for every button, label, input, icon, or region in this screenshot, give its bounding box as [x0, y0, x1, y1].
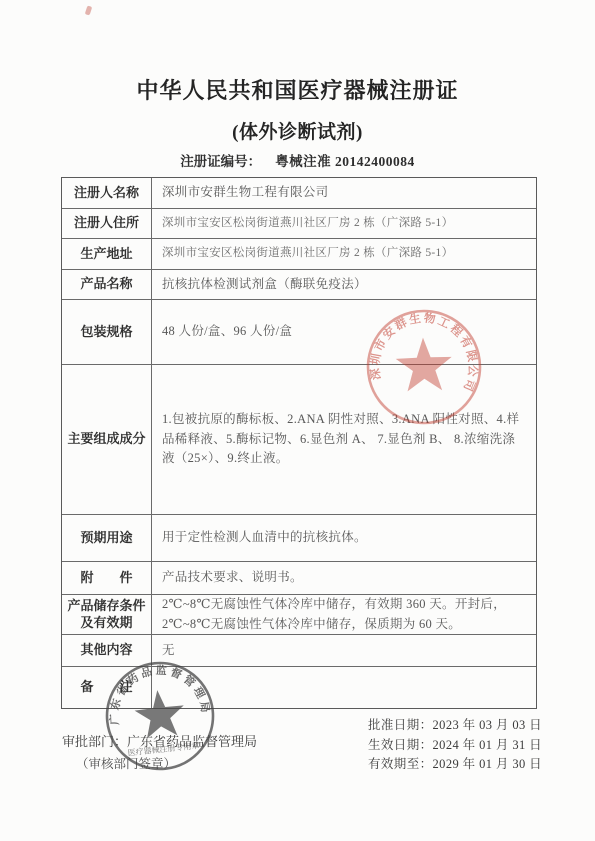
approval-department-block: 审批部门：广东省药品监督管理局 （审核部门签章） [62, 731, 257, 772]
effective-date-line: 生效日期：2024 年 01 月 31 日 [368, 736, 542, 756]
row-label: 备 注 [62, 667, 152, 708]
title-block: 中华人民共和国医疗器械注册证 (体外诊断试剂) [0, 74, 595, 144]
table-row: 主要组成成分 1.包被抗原的酶标板、2.ANA 阴性对照、3.ANA 阳性对照、… [62, 364, 536, 514]
row-value: 深圳市宝安区松岗街道燕川社区厂房 2 栋（广深路 5-1） [152, 239, 536, 269]
row-label: 包装规格 [62, 300, 152, 364]
row-value: 1.包被抗原的酶标板、2.ANA 阴性对照、3.ANA 阳性对照、4.样品稀释液… [152, 365, 536, 514]
table-row: 其他内容 无 [62, 634, 536, 666]
approval-department-label: 审批部门： [62, 734, 127, 749]
approval-date-line: 批准日期：2023 年 03 月 03 日 [368, 716, 542, 736]
registration-number-value: 粤械注准 20142400084 [275, 154, 415, 169]
row-label: 主要组成成分 [62, 365, 152, 514]
table-row: 注册人住所 深圳市宝安区松岗街道燕川社区厂房 2 栋（广深路 5-1） [62, 208, 536, 238]
row-label: 生产地址 [62, 239, 152, 269]
row-label: 附 件 [62, 562, 152, 594]
approval-date-label: 批准日期： [368, 718, 433, 732]
table-row: 附 件 产品技术要求、说明书。 [62, 561, 536, 594]
effective-date-label: 生效日期： [368, 738, 433, 752]
approval-department-line: 审批部门：广东省药品监督管理局 [62, 731, 257, 750]
registration-number-label: 注册证编号： [180, 154, 261, 169]
certificate-table: 注册人名称 深圳市安群生物工程有限公司 注册人住所 深圳市宝安区松岗街道燕川社区… [61, 177, 537, 709]
approval-date-value: 2023 年 03 月 03 日 [433, 718, 543, 732]
table-row: 备 注 [62, 666, 536, 708]
date-block: 批准日期：2023 年 03 月 03 日 生效日期：2024 年 01 月 3… [368, 716, 542, 775]
row-label: 产品名称 [62, 270, 152, 299]
table-row: 产品名称 抗核抗体检测试剂盒（酶联免疫法） [62, 269, 536, 299]
row-value [152, 667, 536, 708]
row-label: 产品储存条件及有效期 [62, 595, 152, 634]
table-row: 生产地址 深圳市宝安区松岗街道燕川社区厂房 2 栋（广深路 5-1） [62, 238, 536, 269]
page-subtitle: (体外诊断试剂) [0, 117, 595, 144]
certificate-page: 中华人民共和国医疗器械注册证 (体外诊断试剂) 注册证编号：粤械注准 20142… [0, 0, 595, 841]
row-label: 预期用途 [62, 515, 152, 561]
table-row: 产品储存条件及有效期 2℃~8℃无腐蚀性气体冷库中储存，有效期 360 天。开封… [62, 594, 536, 634]
table-row: 包装规格 48 人份/盒、96 人份/盒 [62, 299, 536, 364]
expiry-date-line: 有效期至：2029 年 01 月 30 日 [368, 755, 542, 775]
row-label: 其他内容 [62, 635, 152, 666]
scan-artifact [85, 5, 93, 15]
effective-date-value: 2024 年 01 月 31 日 [433, 738, 543, 752]
table-row: 注册人名称 深圳市安群生物工程有限公司 [62, 178, 536, 208]
row-value: 深圳市宝安区松岗街道燕川社区厂房 2 栋（广深路 5-1） [152, 209, 536, 238]
row-value: 2℃~8℃无腐蚀性气体冷库中储存，有效期 360 天。开封后，2℃~8℃无腐蚀性… [152, 595, 536, 634]
row-value: 抗核抗体检测试剂盒（酶联免疫法） [152, 270, 536, 299]
expiry-date-label: 有效期至： [368, 757, 433, 771]
approval-seal-note: （审核部门签章） [76, 754, 257, 772]
table-row: 预期用途 用于定性检测人血清中的抗核抗体。 [62, 514, 536, 561]
row-label: 注册人名称 [62, 178, 152, 208]
row-value: 产品技术要求、说明书。 [152, 562, 536, 594]
row-value: 深圳市安群生物工程有限公司 [152, 178, 536, 208]
row-label: 注册人住所 [62, 209, 152, 238]
row-value: 无 [152, 635, 536, 666]
page-title: 中华人民共和国医疗器械注册证 [0, 74, 595, 105]
row-value: 用于定性检测人血清中的抗核抗体。 [152, 515, 536, 561]
row-value: 48 人份/盒、96 人份/盒 [152, 300, 536, 364]
expiry-date-value: 2029 年 01 月 30 日 [433, 757, 543, 771]
registration-number-line: 注册证编号：粤械注准 20142400084 [0, 150, 595, 170]
approval-department-value: 广东省药品监督管理局 [127, 734, 257, 749]
